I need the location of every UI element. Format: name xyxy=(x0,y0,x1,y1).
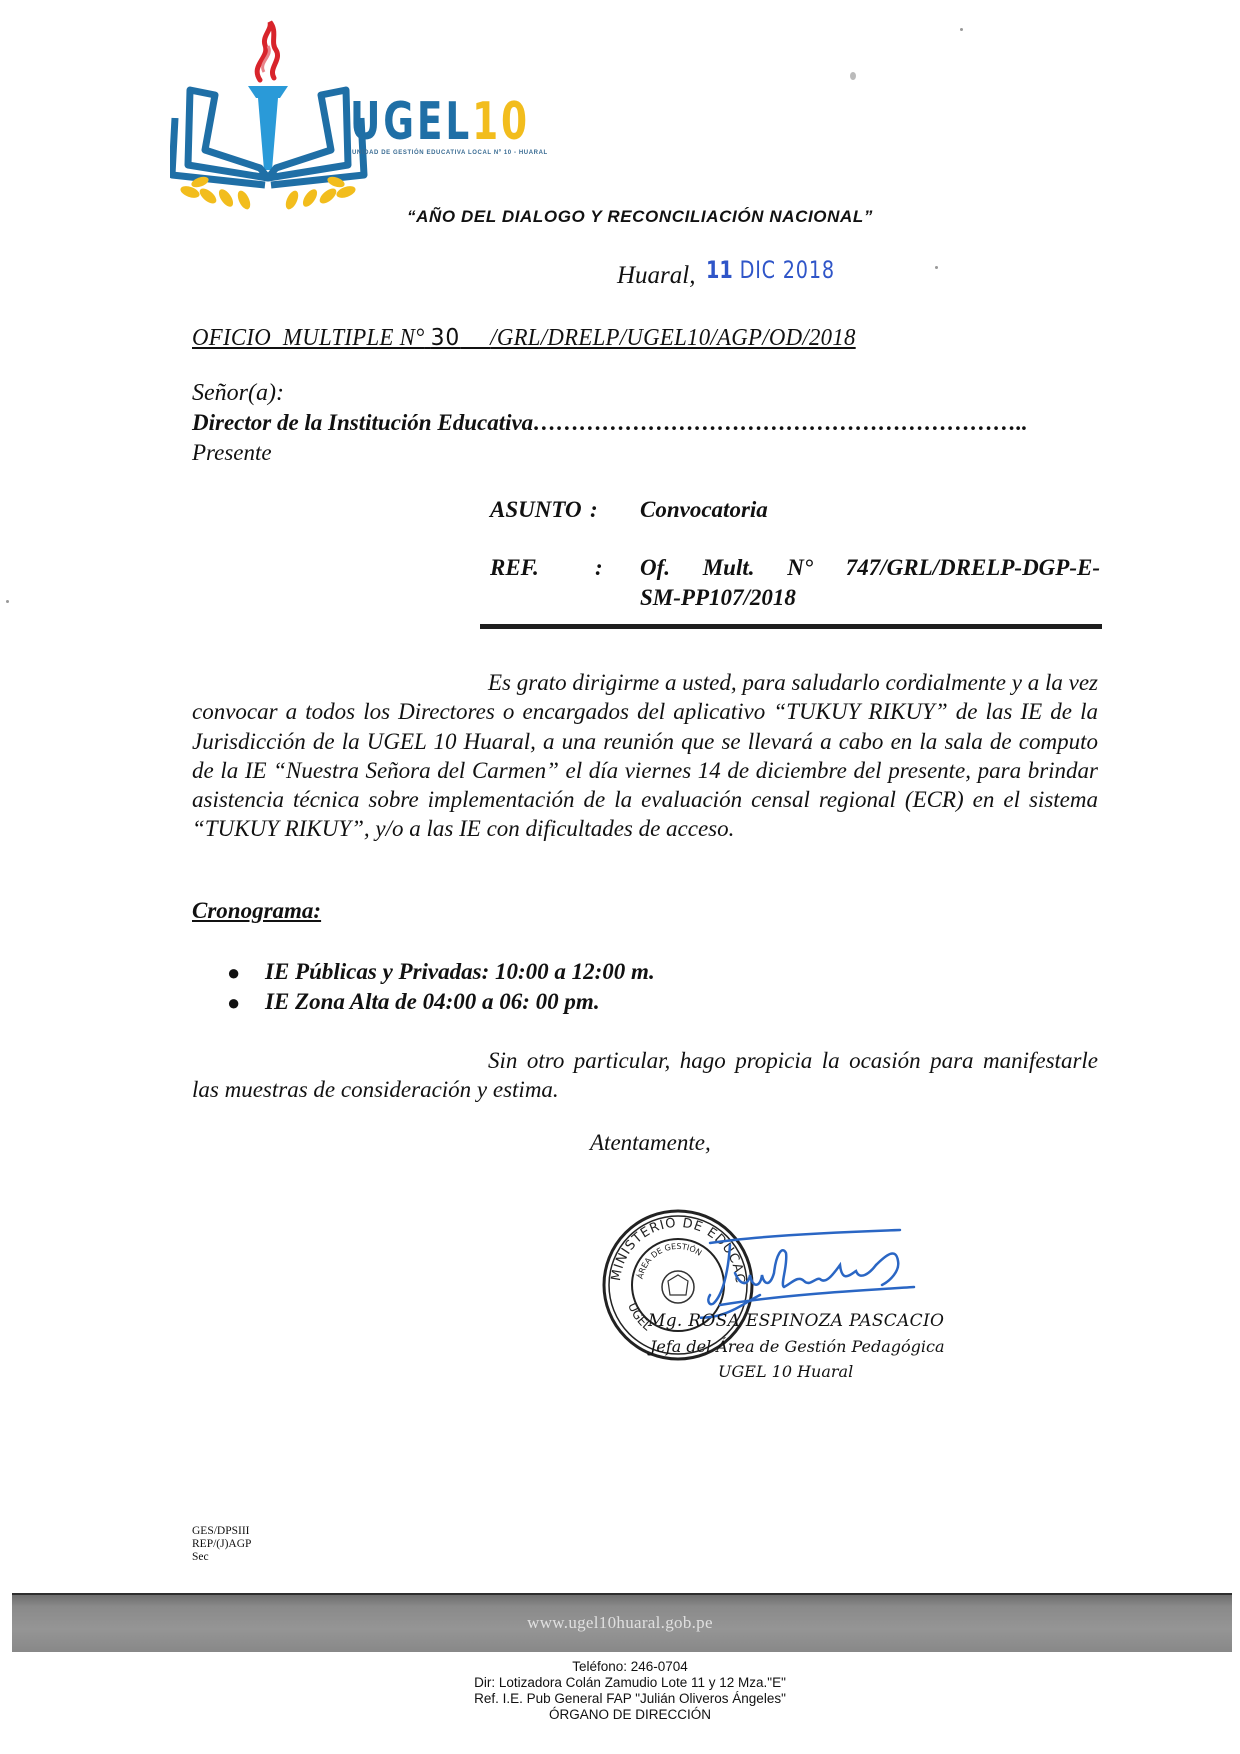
signatory-name: Mg. ROSA ESPINOZA PASCACIO xyxy=(648,1311,944,1331)
body-paragraph: Es grato dirigirme a usted, para saludar… xyxy=(192,668,1098,844)
oficio-number-line: OFICIO MULTIPLE N° 30 /GRL/DRELP/UGEL10/… xyxy=(192,325,856,352)
closing-text: Sin otro particular, hago propicia la oc… xyxy=(192,1048,1098,1102)
motto-text: “AÑO DEL DIALOGO Y RECONCILIACIÓN NACION… xyxy=(407,207,873,227)
signatory-role: Jefa del Área de Gestión Pedagógica xyxy=(650,1337,945,1356)
ref-label: REF. xyxy=(490,555,539,581)
closing-paragraph: Sin otro particular, hago propicia la oc… xyxy=(192,1046,1098,1105)
logo-subtitle: UNIDAD DE GESTIÓN EDUCATIVA LOCAL Nº 10 … xyxy=(352,150,548,156)
ref-colon: : xyxy=(595,555,603,581)
initials-line: REP/(J)AGP xyxy=(192,1538,251,1551)
addressee: Director de la Institución Educativa…………… xyxy=(192,410,1028,436)
logo-brand-main: UGEL xyxy=(350,92,472,152)
asunto-colon: : xyxy=(590,497,598,523)
footer-address: Dir: Lotizadora Colán Zamudio Lote 11 y … xyxy=(10,1675,1240,1691)
footer-phone: Teléfono: 246-0704 xyxy=(10,1659,1240,1675)
oficio-prefix: OFICIO MULTIPLE N° xyxy=(192,325,425,351)
bullet-icon: ● xyxy=(227,960,240,986)
footer-website[interactable]: www.ugel10huaral.gob.pe xyxy=(0,1613,1240,1633)
ref-value-line1: Of. Mult. N° 747/GRL/DRELP-DGP-E- xyxy=(640,555,1100,581)
oficio-suffix: /GRL/DRELP/UGEL10/AGP/OD/2018 xyxy=(490,325,855,351)
scan-speck xyxy=(960,28,963,31)
footer-organ: ÓRGANO DE DIRECCIÓN xyxy=(10,1707,1240,1723)
signatory-organization: UGEL 10 Huaral xyxy=(718,1362,853,1381)
sign-off: Atentamente, xyxy=(590,1130,711,1156)
footer-reference: Ref. I.E. Pub General FAP "Julián Oliver… xyxy=(10,1691,1240,1707)
date-stamp: 11 DIC 2018 xyxy=(706,256,835,284)
cronograma-item: IE Públicas y Privadas: 10:00 a 12:00 m. xyxy=(265,959,655,985)
bullet-icon: ● xyxy=(227,990,240,1016)
initials-line: Sec xyxy=(192,1551,251,1564)
salutation: Señor(a): xyxy=(192,380,284,407)
ref-value-line2: SM-PP107/2018 xyxy=(640,585,796,611)
cronograma-title: Cronograma: xyxy=(192,898,321,924)
date-place: Huaral, xyxy=(617,262,695,290)
scan-speck xyxy=(6,600,9,603)
presente: Presente xyxy=(192,440,272,466)
logo-brand-number: 10 xyxy=(472,92,530,152)
scan-speck xyxy=(850,72,856,80)
date-stamp-month-year: DIC 2018 xyxy=(740,256,835,284)
reference-initials: GES/DPSIII REP/(J)AGP Sec xyxy=(192,1525,251,1564)
oficio-number: 30 xyxy=(431,325,461,351)
year-motto: “AÑO DEL DIALOGO Y RECONCILIACIÓN NACION… xyxy=(0,207,1240,227)
scan-speck xyxy=(935,266,938,269)
logo-wordmark: UGEL10 xyxy=(350,92,530,152)
initials-line: GES/DPSIII xyxy=(192,1525,251,1538)
asunto-value: Convocatoria xyxy=(640,497,768,523)
footer-contact: Teléfono: 246-0704 Dir: Lotizadora Colán… xyxy=(0,1659,1240,1723)
asunto-label: ASUNTO xyxy=(490,497,582,523)
section-divider xyxy=(480,624,1102,629)
cronograma-item: IE Zona Alta de 04:00 a 06: 00 pm. xyxy=(265,989,600,1015)
date-stamp-day: 11 xyxy=(706,256,733,284)
body-paragraph-text: Es grato dirigirme a usted, para saludar… xyxy=(192,670,1098,841)
